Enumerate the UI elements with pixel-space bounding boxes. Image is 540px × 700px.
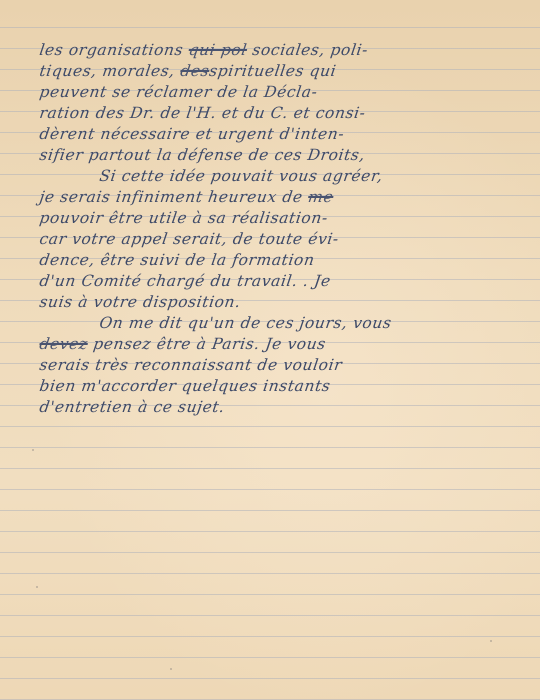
text-line: je serais infiniment heureux de me [38, 187, 521, 208]
line-text: On me dit qu'un de ces jours, vous [98, 314, 393, 332]
handwritten-text: les organisations qui pol sociales, poli… [38, 40, 518, 418]
struck-text: qui pol [188, 41, 249, 59]
text-line: On me dit qu'un de ces jours, vous [38, 313, 521, 334]
line-text: tiques, morales, [38, 62, 181, 80]
line-text: Si cette idée pouvait vous agréer, [98, 167, 384, 185]
line-text: dèrent nécessaire et urgent d'inten- [38, 125, 345, 143]
text-line: tiques, morales, desspirituelles qui [38, 61, 521, 82]
struck-text: des [179, 62, 210, 80]
line-text: d'entretien à ce sujet. [38, 398, 226, 416]
text-line: suis à votre disposition. [38, 292, 521, 313]
line-text: sociales, poli- [246, 41, 370, 59]
line-text: d'un Comité chargé du travail. . Je [38, 272, 332, 290]
line-text: spirituelles qui [208, 62, 338, 80]
struck-text: devez [38, 335, 89, 353]
line-text: suis à votre disposition. [38, 293, 242, 311]
line-text: serais très reconnaissant de vouloir [38, 356, 343, 374]
text-line: dence, être suivi de la formation [38, 250, 521, 271]
text-line: Si cette idée pouvait vous agréer, [38, 166, 521, 187]
line-text: peuvent se réclamer de la Décla- [38, 83, 318, 101]
text-line: d'entretien à ce sujet. [38, 397, 521, 418]
letter-page: les organisations qui pol sociales, poli… [0, 0, 540, 700]
text-line: dèrent nécessaire et urgent d'inten- [38, 124, 521, 145]
text-line: sifier partout la défense de ces Droits, [38, 145, 521, 166]
text-line: d'un Comité chargé du travail. . Je [38, 271, 521, 292]
text-line: bien m'accorder quelques instants [38, 376, 521, 397]
line-text: les organisations [38, 41, 190, 59]
text-line: ration des Dr. de l'H. et du C. et consi… [38, 103, 521, 124]
text-line: car votre appel serait, de toute évi- [38, 229, 521, 250]
line-text: car votre appel serait, de toute évi- [38, 230, 340, 248]
line-text: ration des Dr. de l'H. et du C. et consi… [38, 104, 367, 122]
text-line: serais très reconnaissant de vouloir [38, 355, 521, 376]
line-text: pensez être à Paris. Je vous [86, 335, 327, 353]
text-line: les organisations qui pol sociales, poli… [38, 40, 521, 61]
line-text: je serais infiniment heureux de [38, 188, 309, 206]
line-text: pouvoir être utile à sa réalisation- [38, 209, 329, 227]
line-text: sifier partout la défense de ces Droits, [38, 146, 366, 164]
text-line: devez pensez être à Paris. Je vous [38, 334, 521, 355]
line-text: bien m'accorder quelques instants [38, 377, 332, 395]
text-line: pouvoir être utile à sa réalisation- [38, 208, 521, 229]
line-text: dence, être suivi de la formation [38, 251, 316, 269]
text-line: peuvent se réclamer de la Décla- [38, 82, 521, 103]
struck-text: me [307, 188, 335, 206]
